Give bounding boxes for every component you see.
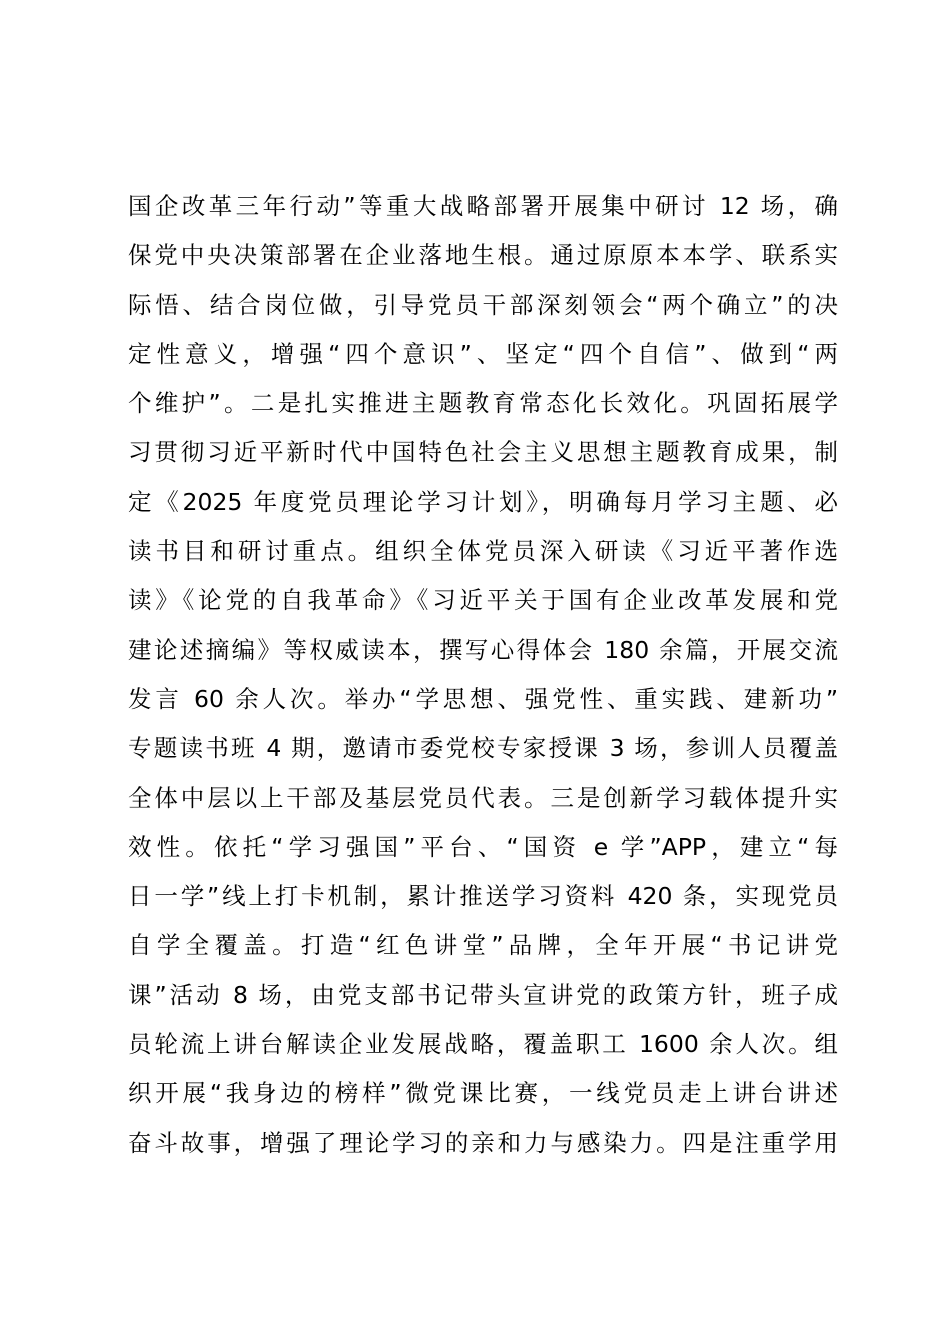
text-line: 效性。依托“学习强国”平台、“国资 e 学”APP，建立“每 [128,823,838,872]
text-line: 全体中层以上干部及基层党员代表。三是创新学习载体提升实 [128,774,838,823]
text-line: 自学全覆盖。打造“红色讲堂”品牌，全年开展“书记讲党 [128,921,838,970]
text-line: 读书目和研讨重点。组织全体党员深入研读《习近平著作选 [128,527,838,576]
text-line: 个维护”。二是扎实推进主题教育常态化长效化。巩固拓展学 [128,379,838,428]
text-line: 奋斗故事，增强了理论学习的亲和力与感染力。四是注重学用 [128,1119,838,1168]
text-line: 定《2025 年度党员理论学习计划》，明确每月学习主题、必 [128,478,838,527]
text-line: 国企改革三年行动”等重大战略部署开展集中研讨 12 场，确 [128,182,838,231]
text-line: 定性意义，增强“四个意识”、坚定“四个自信”、做到“两 [128,330,838,379]
text-line: 日一学”线上打卡机制，累计推送学习资料 420 条，实现党员 [128,872,838,921]
text-line: 课”活动 8 场，由党支部书记带头宣讲党的政策方针，班子成 [128,971,838,1020]
text-line: 际悟、结合岗位做，引导党员干部深刻领会“两个确立”的决 [128,281,838,330]
text-line: 建论述摘编》等权威读本，撰写心得体会 180 余篇，开展交流 [128,626,838,675]
body-paragraph: 国企改革三年行动”等重大战略部署开展集中研讨 12 场，确 保党中央决策部署在企… [128,182,838,1168]
text-line: 织开展“我身边的榜样”微党课比赛，一线党员走上讲台讲述 [128,1069,838,1118]
text-line: 习贯彻习近平新时代中国特色社会主义思想主题教育成果，制 [128,428,838,477]
text-line: 专题读书班 4 期，邀请市委党校专家授课 3 场，参训人员覆盖 [128,724,838,773]
text-line: 员轮流上讲台解读企业发展战略，覆盖职工 1600 余人次。组 [128,1020,838,1069]
text-line: 读》《论党的自我革命》《习近平关于国有企业改革发展和党 [128,576,838,625]
document-page: 国企改革三年行动”等重大战略部署开展集中研讨 12 场，确 保党中央决策部署在企… [0,0,950,1344]
text-line: 发言 60 余人次。举办“学思想、强党性、重实践、建新功” [128,675,838,724]
text-line: 保党中央决策部署在企业落地生根。通过原原本本学、联系实 [128,231,838,280]
